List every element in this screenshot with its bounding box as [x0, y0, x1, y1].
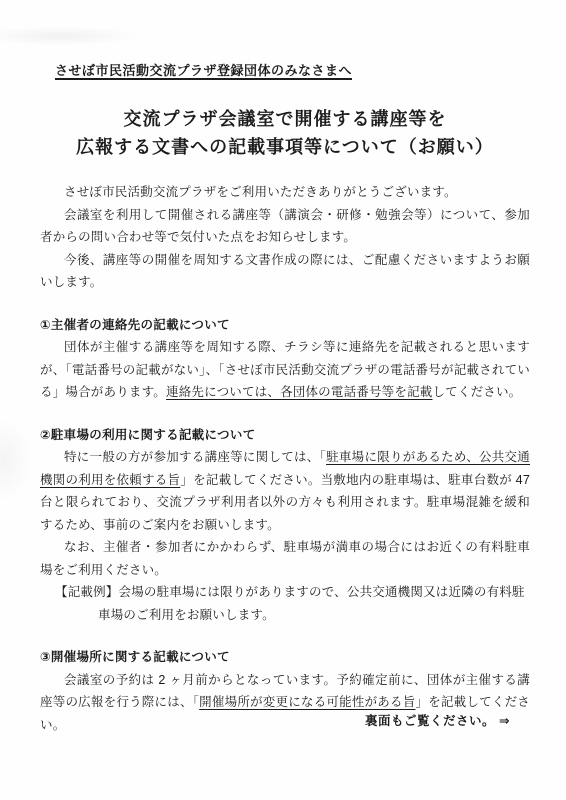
example-label: 【記載例】	[55, 585, 119, 599]
intro-block: させぼ市民活動交流プラザをご利用いただきありがとうございます。 会議室を利用して…	[40, 181, 530, 294]
section-2-body-text: 特に一般の方が参加する講座等に関しては、「	[64, 450, 326, 464]
section-2-paragraph-2: なお、主催者・参加者にかかわらず、駐車場が満車の場合にはお近くの有料駐車場をご利…	[40, 536, 530, 581]
section-parking: ②駐車場の利用に関する記載について 特に一般の方が参加する講座等に関しては、「駐…	[40, 424, 530, 627]
section-2-example: 【記載例】会場の駐車場には限りがありますので、公共交通機関又は近隣の有料駐車場の…	[40, 581, 530, 626]
intro-paragraph-2: 会議室を利用して開催される講座等（講演会・研修・勉強会等）について、参加者からの…	[40, 204, 530, 249]
section-1-heading: ①主催者の連絡先の記載について	[40, 314, 530, 337]
scanned-document-page: させぼ市民活動交流プラザ登録団体のみなさまへ 交流プラザ会議室で開催する講座等を…	[0, 0, 566, 800]
section-1-underlined-phrase: 連絡先については、各団体の電話番号等を記載	[166, 385, 432, 399]
section-3-heading: ③開催場所に関する記載について	[40, 646, 530, 669]
intro-paragraph-1: させぼ市民活動交流プラザをご利用いただきありがとうございます。	[40, 181, 530, 204]
section-1-body: 団体が主催する講座等を周知する際、チラシ等に連絡先を記載されると思いますが、「電…	[40, 336, 530, 404]
section-1-body-tail: してください。	[432, 385, 521, 399]
section-2-paragraph-1: 特に一般の方が参加する講座等に関しては、「駐車場に限りがあるため、公共交通機関の…	[40, 446, 530, 536]
section-2-heading: ②駐車場の利用に関する記載について	[40, 424, 530, 447]
document-title-line2: 広報する文書への記載事項等について（お願い）	[40, 133, 530, 161]
document-title-line1: 交流プラザ会議室で開催する講座等を	[40, 105, 530, 133]
section-contact-info: ①主催者の連絡先の記載について 団体が主催する講座等を周知する際、チラシ等に連絡…	[40, 314, 530, 404]
section-3-underlined-phrase: 開催場所が変更になる可能性がある旨	[199, 695, 415, 709]
intro-paragraph-3: 今後、講座等の開催を周知する文書作成の際には、ご配慮くださいますようお願いします…	[40, 249, 530, 294]
document-title: 交流プラザ会議室で開催する講座等を 広報する文書への記載事項等について（お願い）	[40, 105, 530, 161]
back-page-note: 裏面もご覧ください。 ⇒	[365, 711, 510, 729]
example-text: 会場の駐車場には限りがありますので、公共交通機関又は近隣の有料駐車場のご利用をお…	[98, 585, 525, 622]
salutation-line: させぼ市民活動交流プラザ登録団体のみなさまへ	[55, 60, 530, 79]
